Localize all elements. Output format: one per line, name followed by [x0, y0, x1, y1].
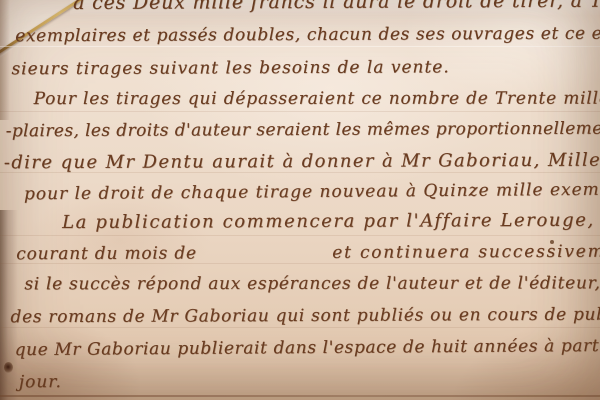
manuscript-line: des romans de Mr Gaboriau qui sont publi…	[10, 304, 600, 327]
manuscript-line: pour le droit de chaque tirage nouveau à…	[24, 179, 600, 204]
manuscript-line: -plaires, les droits d'auteur seraient l…	[6, 118, 600, 141]
manuscript-line: Pour les tirages qui dépasseraient ce no…	[34, 89, 600, 110]
manuscript-line: La publication commencera par l'Affaire …	[62, 209, 600, 233]
manuscript-photo: à ces Deux mille francs il aura le droit…	[0, 0, 600, 400]
manuscript-text: à ces Deux mille francs il aura le droit…	[0, 0, 600, 400]
manuscript-line: -dire que Mr Dentu aurait à donner à Mr …	[4, 150, 600, 174]
manuscript-line: courant du mois de	[16, 243, 197, 264]
manuscript-line: que Mr Gaboriau publierait dans l'espace…	[15, 336, 600, 361]
ink-spot	[4, 362, 13, 373]
manuscript-line: à ces Deux mille francs il aura le droit…	[73, 0, 600, 14]
manuscript-line: exemplaires et passés doubles, chacun de…	[15, 23, 600, 46]
ink-dot	[550, 240, 554, 244]
manuscript-line: sieurs tirages suivant les besoins de la…	[11, 57, 449, 79]
manuscript-line: et continuera successivemen	[332, 242, 600, 263]
manuscript-line: jour.	[19, 372, 62, 392]
manuscript-line: si le succès répond aux espérances de l'…	[24, 273, 600, 294]
